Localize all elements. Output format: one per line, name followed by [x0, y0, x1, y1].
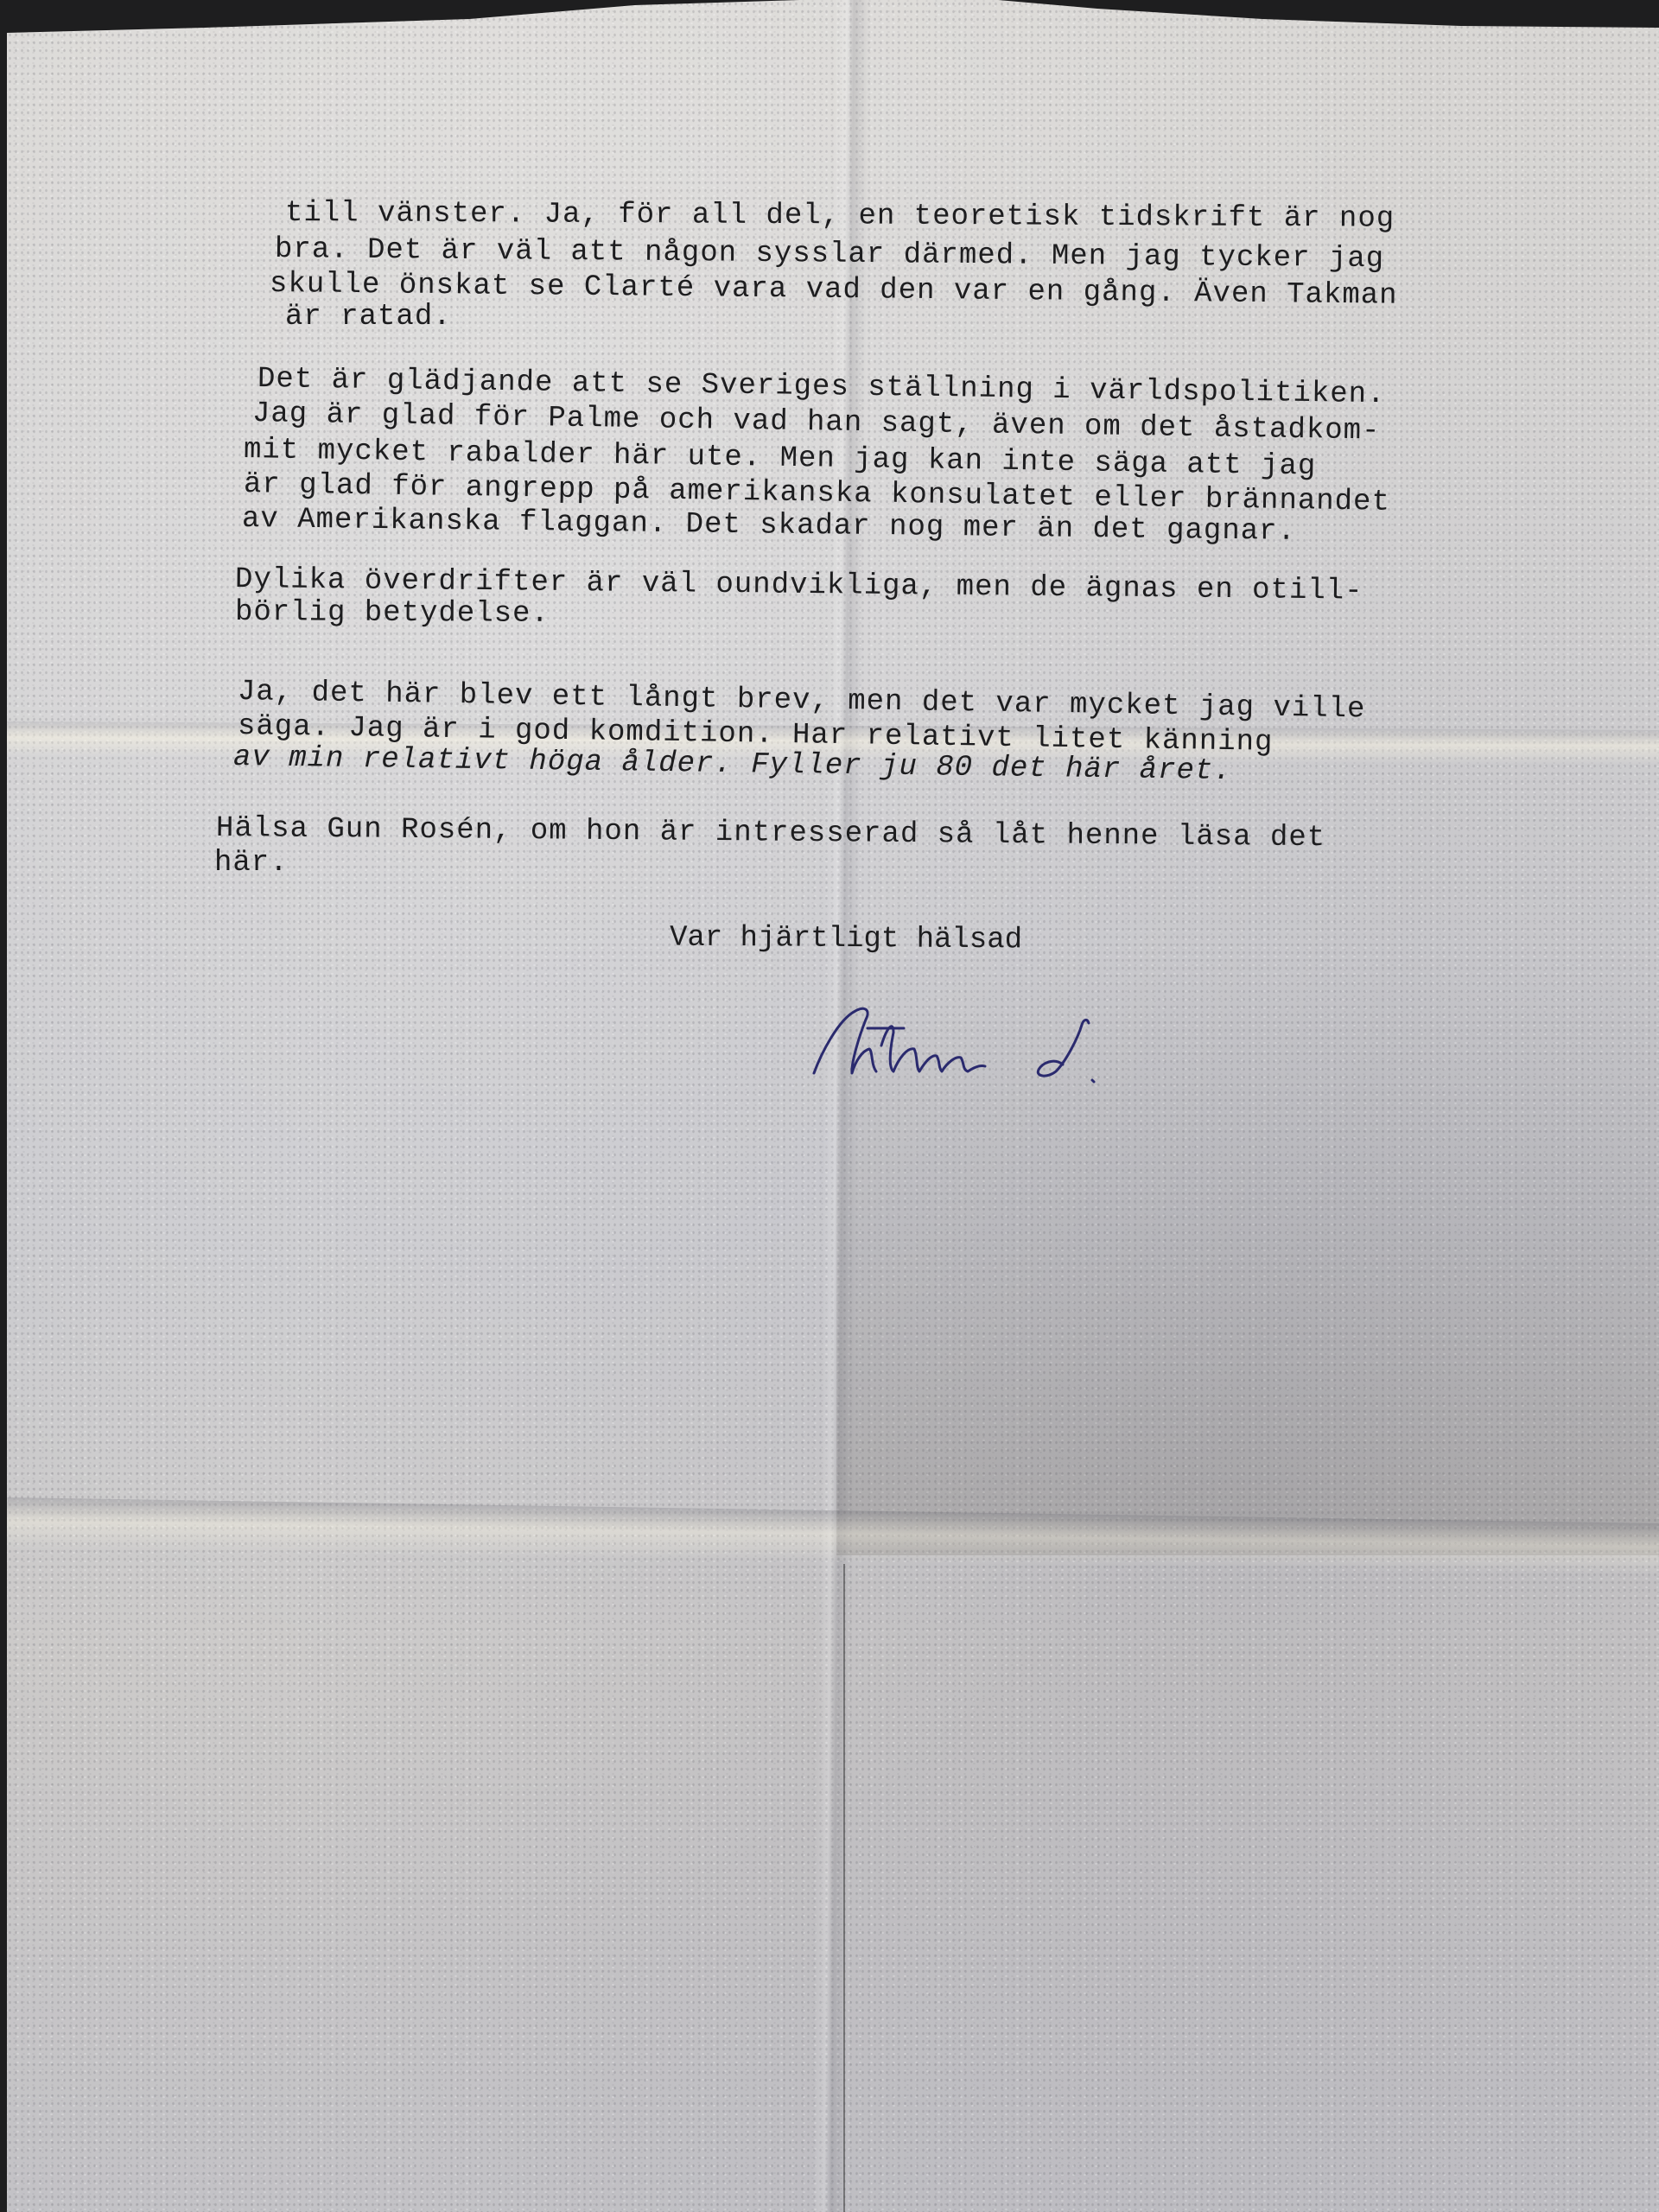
text-line: Hälsa Gun Rosén, om hon är intresserad s…: [216, 812, 1325, 855]
handwritten-signature: [804, 994, 1149, 1097]
closing-salutation: Var hjärtligt hälsad: [670, 922, 1022, 957]
text-line: till vänster. Ja, för all del, en teoret…: [285, 197, 1395, 236]
vertical-crease: [843, 1564, 845, 2212]
text-line: är ratad.: [285, 301, 452, 334]
text-line: här.: [214, 847, 289, 880]
signature-icon: [804, 994, 1149, 1097]
text-line: börlig betydelse.: [235, 596, 550, 631]
